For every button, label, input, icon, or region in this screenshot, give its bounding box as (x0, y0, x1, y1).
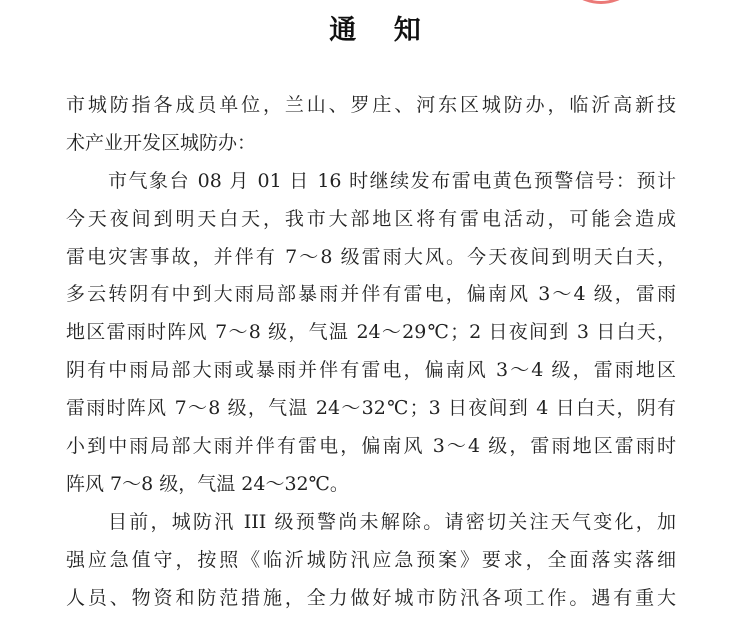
forecast-line-3: 雷电灾害事故，并伴有 7～8 级雷雨大风。今天夜间到明天白天， (66, 242, 676, 280)
instructions-line-2: 强应急值守，按照《临沂城防汛应急预案》要求，全面落实落细 (66, 545, 676, 583)
instructions-line-3: 人员、物资和防范措施，全力做好城市防汛各项工作。遇有重大 (66, 583, 676, 621)
forecast-line-4: 多云转阴有中到大雨局部暴雨并伴有雷电，偏南风 3～4 级，雷雨 (66, 279, 676, 317)
instructions-line-1: 目前，城防汛 III 级预警尚未解除。请密切关注天气变化，加 (66, 507, 676, 545)
forecast-line-5: 地区雷雨时阵风 7～8 级，气温 24～29℃；2 日夜间到 3 日白天， (66, 317, 676, 355)
addressee-line-1: 市城防指各成员单位，兰山、罗庄、河东区城防办，临沂高新技 (66, 90, 676, 128)
forecast-line-2: 今天夜间到明天白天，我市大部地区将有雷电活动，可能会造成 (66, 204, 676, 242)
forecast-line-9: 阵风 7～8 级，气温 24～32℃。 (66, 469, 676, 507)
forecast-line-7: 雷雨时阵风 7～8 级，气温 24～32℃；3 日夜间到 4 日白天，阴有 (66, 393, 676, 431)
document-body: 市城防指各成员单位，兰山、罗庄、河东区城防办，临沂高新技 术产业开发区城防办： … (66, 90, 676, 620)
addressee-line-2: 术产业开发区城防办： (66, 128, 676, 166)
forecast-line-8: 小到中雨局部大雨并伴有雷电，偏南风 3～4 级，雷雨地区雷雨时 (66, 431, 676, 469)
forecast-line-6: 阴有中雨局部大雨或暴雨并伴有雷电，偏南风 3～4 级，雷雨地区 (66, 355, 676, 393)
document-title: 通 知 (0, 8, 756, 47)
red-seal-stamp (560, 0, 642, 4)
forecast-line-1: 市气象台 08 月 01 日 16 时继续发布雷电黄色预警信号：预计 (66, 166, 676, 204)
